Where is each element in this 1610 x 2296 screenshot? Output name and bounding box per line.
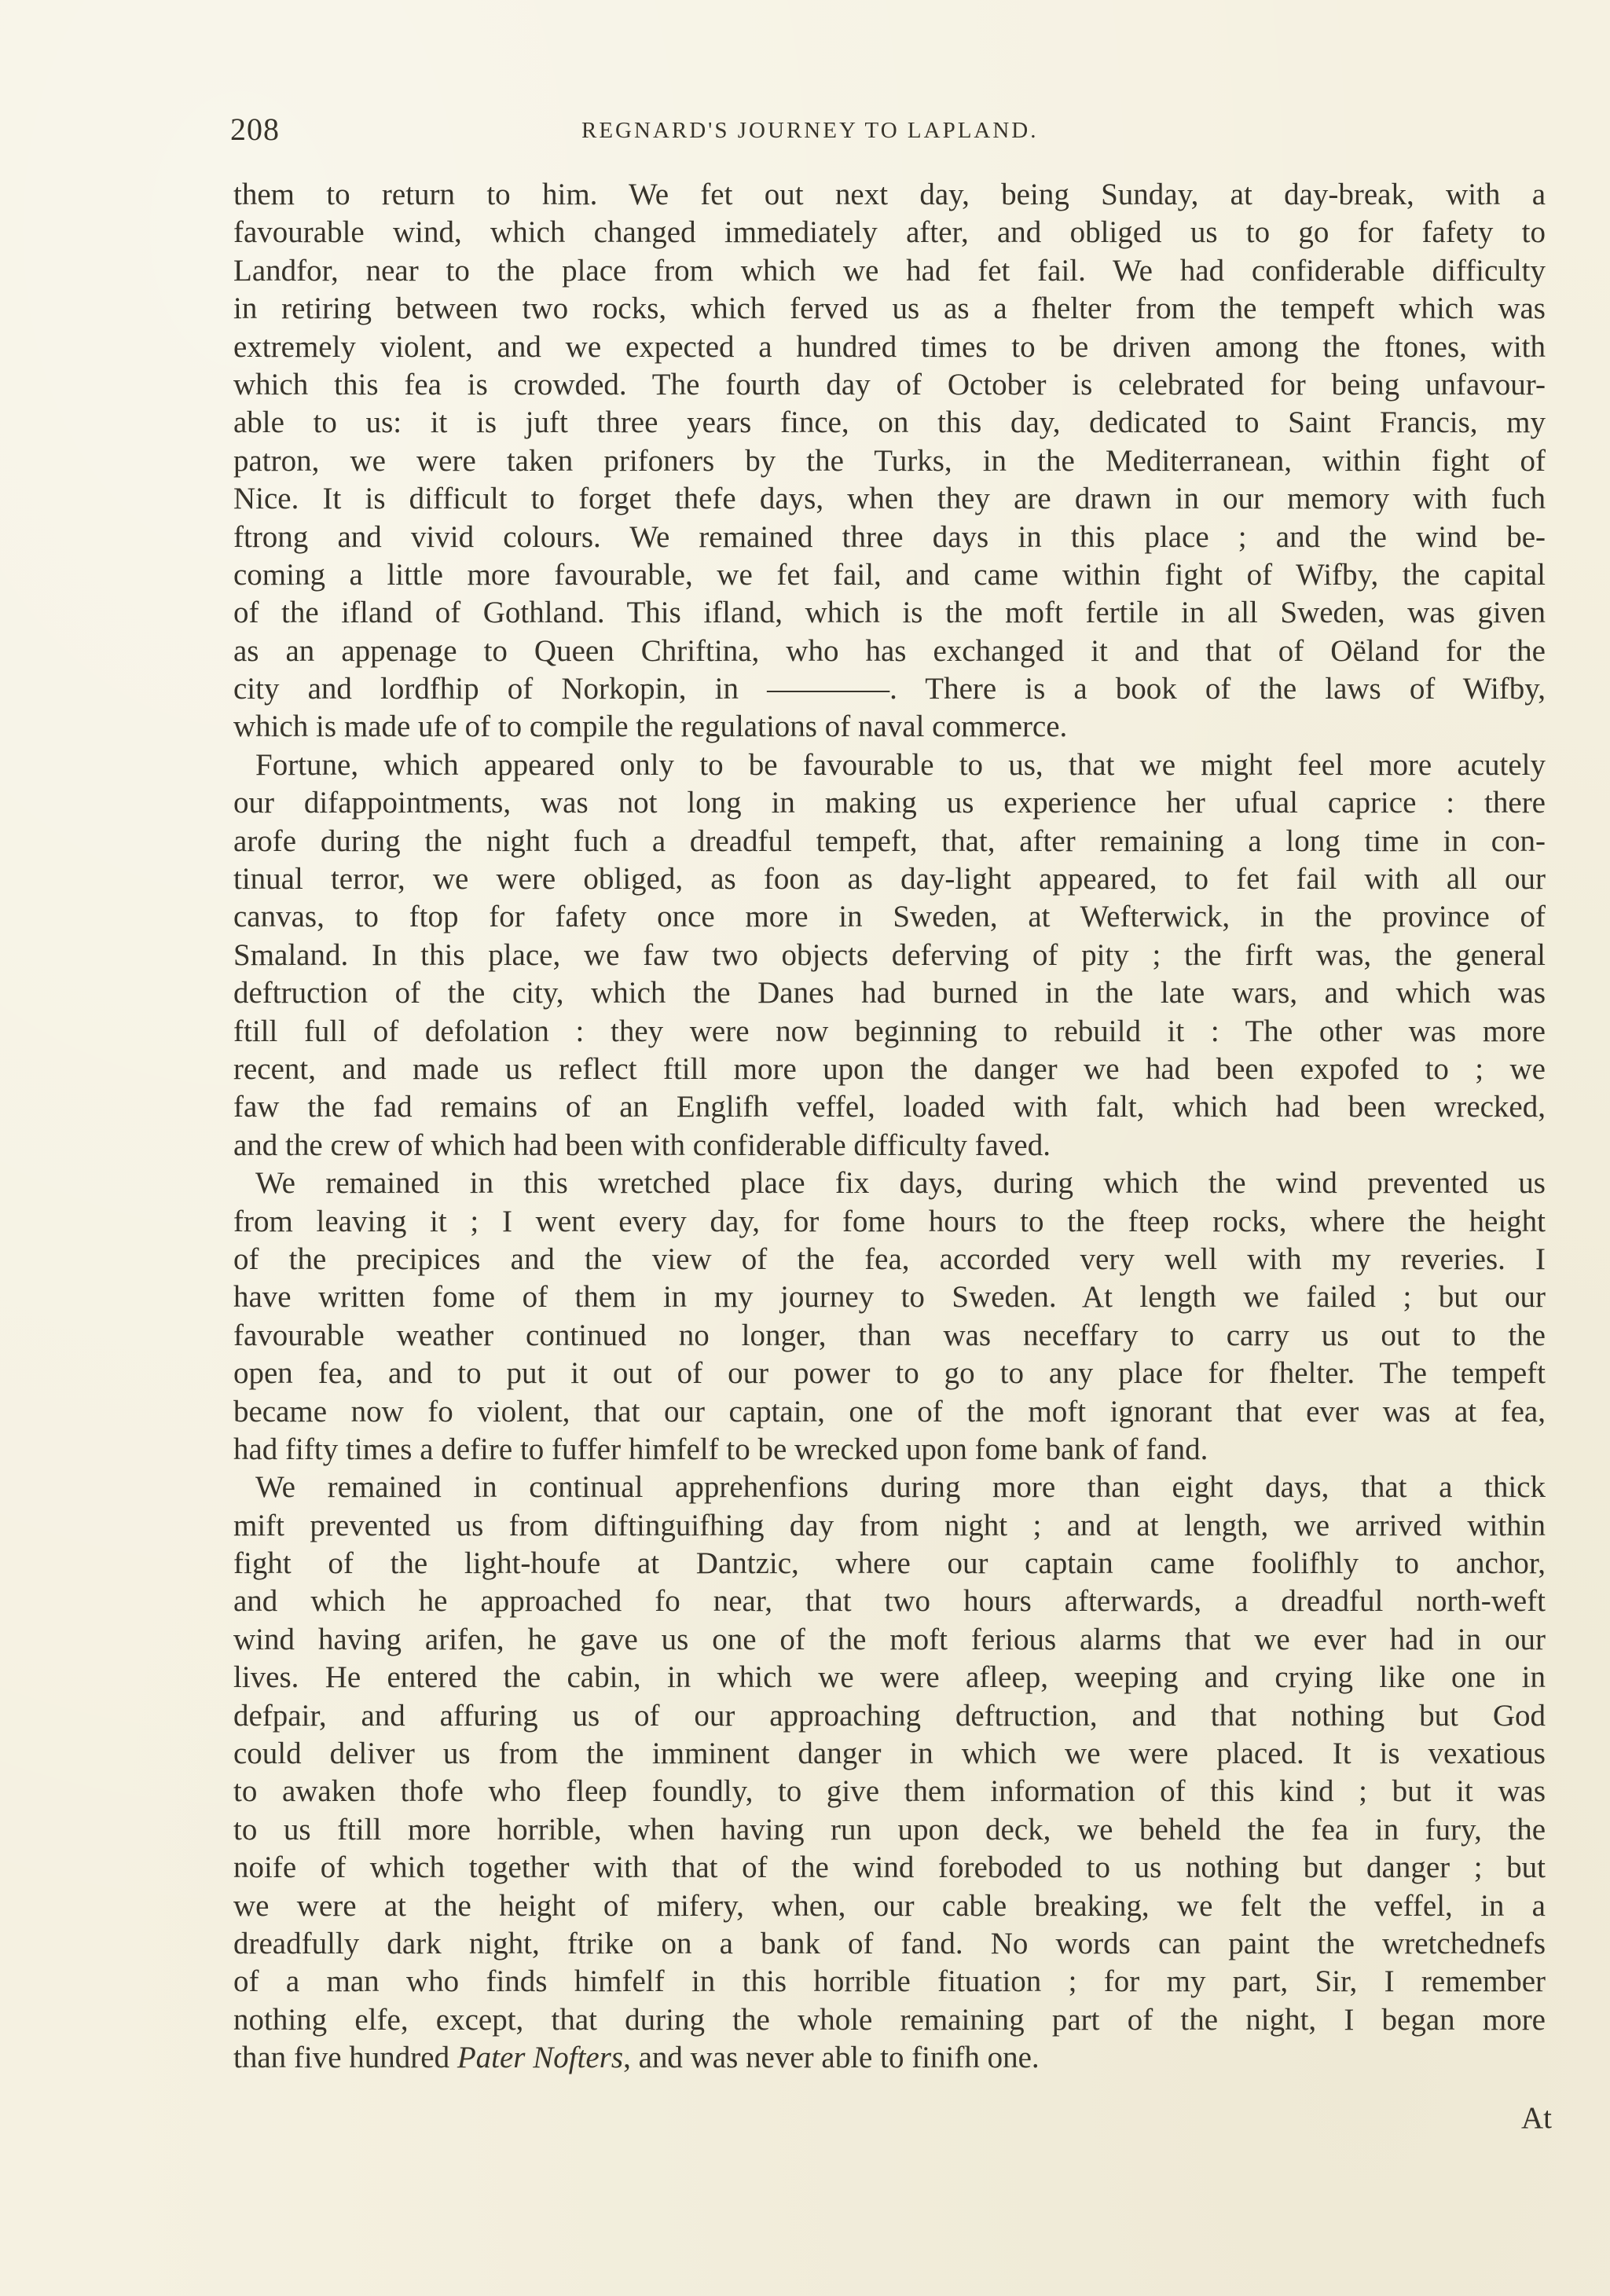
text-line: faw the fad remains of an Englifh veffel… — [233, 1088, 1546, 1126]
text-line: We remained in this wretched place fix d… — [233, 1165, 1546, 1202]
text-line: had fifty times a defire to fuffer himfe… — [233, 1431, 1546, 1469]
paragraph-3: We remained in this wretched place fix d… — [233, 1165, 1546, 1469]
text-line: extremely violent, and we expected a hun… — [233, 328, 1546, 366]
text-line: which is made ufe of to compile the regu… — [233, 708, 1546, 746]
final-line-start: than five hundred — [233, 2041, 457, 2074]
text-line: nothing elfe, except, that during the wh… — [233, 2001, 1546, 2039]
text-line: recent, and made us reflect ftill more u… — [233, 1051, 1546, 1088]
text-line: We remained in continual apprehenfions d… — [233, 1469, 1546, 1506]
paragraph-1: them to return to him. We fet out next d… — [233, 176, 1546, 746]
text-line: city and lordfhip of Norkopin, in ————. … — [233, 670, 1546, 708]
text-line: have written fome of them in my journey … — [233, 1278, 1546, 1316]
book-page: 208 REGNARD'S JOURNEY TO LAPLAND. them t… — [0, 0, 1610, 2296]
text-line: as an appenage to Queen Chriftina, who h… — [233, 633, 1546, 670]
final-text-line: than five hundred Pater Nofters, and was… — [233, 2039, 1546, 2077]
text-line: of the precipices and the view of the fe… — [233, 1241, 1546, 1278]
body-text: them to return to him. We fet out next d… — [233, 176, 1546, 2078]
text-line: tinual terror, we were obliged, as foon … — [233, 860, 1546, 898]
text-line: defpair, and affuring us of our approach… — [233, 1697, 1546, 1735]
text-line: favourable weather continued no longer, … — [233, 1317, 1546, 1355]
italic-phrase: Pater Nofters — [457, 2041, 623, 2074]
text-line: which this fea is crowded. The fourth da… — [233, 366, 1546, 404]
text-line: Smaland. In this place, we faw two objec… — [233, 937, 1546, 974]
text-line: to us ftill more horrible, when having r… — [233, 1811, 1546, 1849]
text-line: in retiring between two rocks, which fer… — [233, 290, 1546, 328]
text-line: and the crew of which had been with conf… — [233, 1127, 1546, 1165]
text-line: Nice. It is difficult to forget thefe da… — [233, 480, 1546, 518]
text-line: noife of which together with that of the… — [233, 1849, 1546, 1887]
text-line: coming a little more favourable, we fet … — [233, 556, 1546, 594]
text-line: deftruction of the city, which the Danes… — [233, 974, 1546, 1012]
paragraph-4: We remained in continual apprehenfions d… — [233, 1469, 1546, 2077]
text-line: mift prevented us from diftinguifhing da… — [233, 1507, 1546, 1545]
text-line: arofe during the night fuch a dreadful t… — [233, 823, 1546, 860]
page-number: 208 — [230, 110, 280, 149]
text-line: able to us: it is juft three years fince… — [233, 404, 1546, 442]
paragraph-2: Fortune, which appeared only to be favou… — [233, 746, 1546, 1165]
text-line: Fortune, which appeared only to be favou… — [233, 746, 1546, 784]
text-line: them to return to him. We fet out next d… — [233, 176, 1546, 214]
text-line: of a man who finds himfelf in this horri… — [233, 1963, 1546, 2001]
text-line: favourable wind, which changed immediate… — [233, 214, 1546, 251]
text-line: ftill full of defolation : they were now… — [233, 1013, 1546, 1051]
text-line: Landfor, near to the place from which we… — [233, 252, 1546, 290]
text-line: could deliver us from the imminent dange… — [233, 1735, 1546, 1773]
running-head: 208 REGNARD'S JOURNEY TO LAPLAND. — [230, 110, 1546, 149]
text-line: we were at the height of mifery, when, o… — [233, 1887, 1546, 1925]
text-line: of the ifland of Gothland. This ifland, … — [233, 594, 1546, 632]
text-line: became now fo violent, that our captain,… — [233, 1393, 1546, 1431]
running-title: REGNARD'S JOURNEY TO LAPLAND. — [581, 113, 1039, 148]
text-line: wind having arifen, he gave us one of th… — [233, 1621, 1546, 1659]
text-line: ftrong and vivid colours. We remained th… — [233, 519, 1546, 556]
text-line: our difappointments, was not long in mak… — [233, 784, 1546, 822]
final-line-end: , and was never able to finifh one. — [623, 2041, 1040, 2074]
text-line: lives. He entered the cabin, in which we… — [233, 1659, 1546, 1696]
text-line: fight of the light-houfe at Dantzic, whe… — [233, 1545, 1546, 1583]
text-line: canvas, to ftop for fafety once more in … — [233, 898, 1546, 936]
text-line: and which he approached fo near, that tw… — [233, 1583, 1546, 1620]
text-line: patron, we were taken prifoners by the T… — [233, 442, 1546, 480]
text-line: dreadfully dark night, ftrike on a bank … — [233, 1925, 1546, 1963]
catchword: At — [1521, 2100, 1552, 2137]
text-line: to awaken thofe who fleep foundly, to gi… — [233, 1773, 1546, 1810]
text-line: open fea, and to put it out of our power… — [233, 1355, 1546, 1392]
text-line: from leaving it ; I went every day, for … — [233, 1203, 1546, 1241]
